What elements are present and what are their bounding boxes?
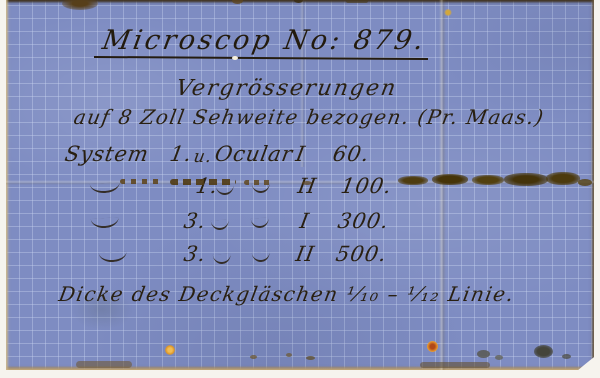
stain [420,362,490,368]
dash-mark [213,253,232,264]
reflection-speck [232,56,238,60]
stain [504,173,548,186]
stain [70,288,134,330]
row1-magnification: 60. [331,142,372,166]
stain [444,9,452,16]
stain [306,356,315,360]
dash-mark [251,217,270,228]
row4-ocular-numeral: II [294,242,317,266]
fold-crease-vertical [439,0,446,370]
row1-system-label: System [63,142,151,166]
stain [578,179,592,186]
title-underline [94,56,428,60]
row3-objective: 3. [182,209,208,233]
stain [165,345,175,355]
stain [495,355,503,360]
row1-conjunction: u. [192,147,214,167]
row1-ocular-numeral: I [294,142,308,166]
stain [534,345,553,358]
subheading-sehweite: auf 8 Zoll Sehweite bezogen. (Pr. Maas.) [72,105,547,129]
stain [170,179,236,185]
stain [472,175,504,185]
row4-objective: 3. [182,242,208,266]
row2-magnification: 100. [339,174,394,198]
ditto-mark [91,217,120,229]
stain [244,180,274,185]
stain [346,0,368,3]
row1-objective: 1. [168,142,194,166]
stain [76,361,132,368]
stain [62,0,98,10]
stain [562,354,571,359]
stain [120,179,164,184]
stain [427,341,438,352]
note-card: Microscop No: 879. Vergrösserungen auf 8… [6,0,594,370]
row3-magnification: 300. [336,209,391,233]
stain [477,350,490,358]
row3-ocular-numeral: I [298,209,312,233]
stain [546,172,580,185]
stain [250,355,257,359]
card-right-edge [591,0,594,370]
ditto-mark [99,251,128,263]
photo-background: Microscop No: 879. Vergrösserungen auf 8… [0,0,600,378]
ditto-mark [90,182,121,194]
stain [398,176,428,185]
stain [232,0,243,4]
row4-magnification: 500. [334,242,389,266]
heading-vergroesserungen: Vergrösserungen [174,76,399,101]
stain [286,353,292,357]
dash-mark [216,184,235,195]
row2-ocular-numeral: II [296,174,319,198]
stain [432,174,468,185]
dash-mark [211,219,230,230]
row1-ocular-label: Ocular [213,142,295,166]
document-title: Microscop No: 879. [100,25,429,56]
card-left-edge [6,0,9,370]
dash-mark [252,251,271,262]
stain [302,181,312,185]
